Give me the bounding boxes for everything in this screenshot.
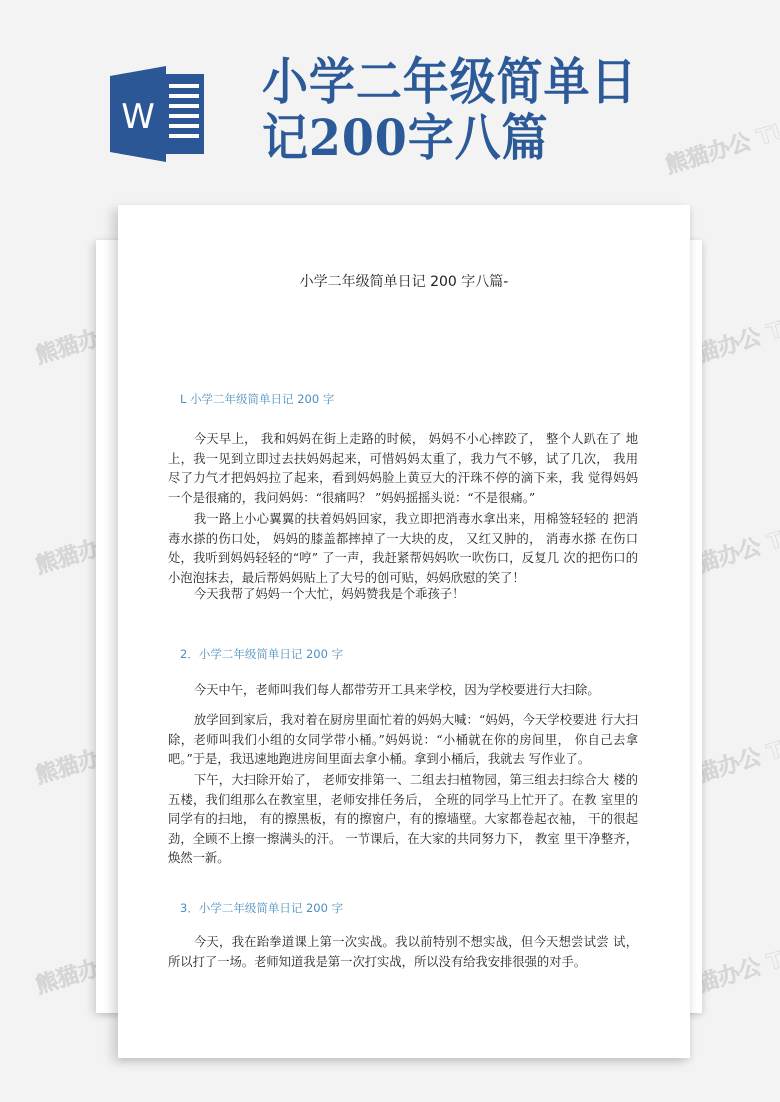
watermark: 熊猫办公 TUKUPPT.COM — [661, 71, 780, 180]
page-heading: 小学二年级简单日 记200字八篇 — [262, 54, 667, 166]
document-title: 小学二年级简单日记 200 字八篇- — [118, 271, 690, 291]
word-document-icon: W — [108, 66, 208, 162]
page-heading-line1: 小学二年级简单日 — [262, 54, 667, 110]
paragraph: 今天中午，老师叫我们每人都带劳开工具来学校，因为学校要进行大扫除。 — [168, 681, 638, 701]
section-heading-1: L 小学二年级简单日记 200 字 — [180, 391, 334, 407]
paragraph: 我一路上小心翼翼的扶着妈妈回家，我立即把消毒水拿出来，用棉签轻轻的 把消毒水搽的… — [168, 510, 638, 588]
word-icon-letter: W — [121, 97, 155, 137]
paragraph: 今天我帮了妈妈一个大忙，妈妈赞我是个乖孩子！ — [168, 585, 638, 605]
paragraph: 今天早上， 我和妈妈在街上走路的时候， 妈妈不小心摔跤了， 整个人趴在了 地上，… — [168, 430, 638, 508]
document-page: 小学二年级简单日记 200 字八篇- L 小学二年级简单日记 200 字 今天早… — [118, 205, 690, 1058]
page-heading-line2: 记200字八篇 — [262, 110, 667, 166]
section-heading-2: 2．小学二年级简单日记 200 字 — [180, 646, 343, 662]
paragraph: 下午，大扫除开始了， 老师安排第一、二组去扫植物园，第三组去扫综合大 楼的五楼，… — [168, 771, 638, 869]
paragraph: 今天，我在跆拳道课上第一次实战。我以前特别不想实战，但今天想尝试尝 试，所以打了… — [168, 933, 638, 972]
paragraph: 放学回到家后，我对着在厨房里面忙着的妈妈大喊：“妈妈，今天学校要进 行大扫除，老… — [168, 711, 638, 770]
section-heading-3: 3．小学二年级简单日记 200 字 — [180, 900, 343, 916]
